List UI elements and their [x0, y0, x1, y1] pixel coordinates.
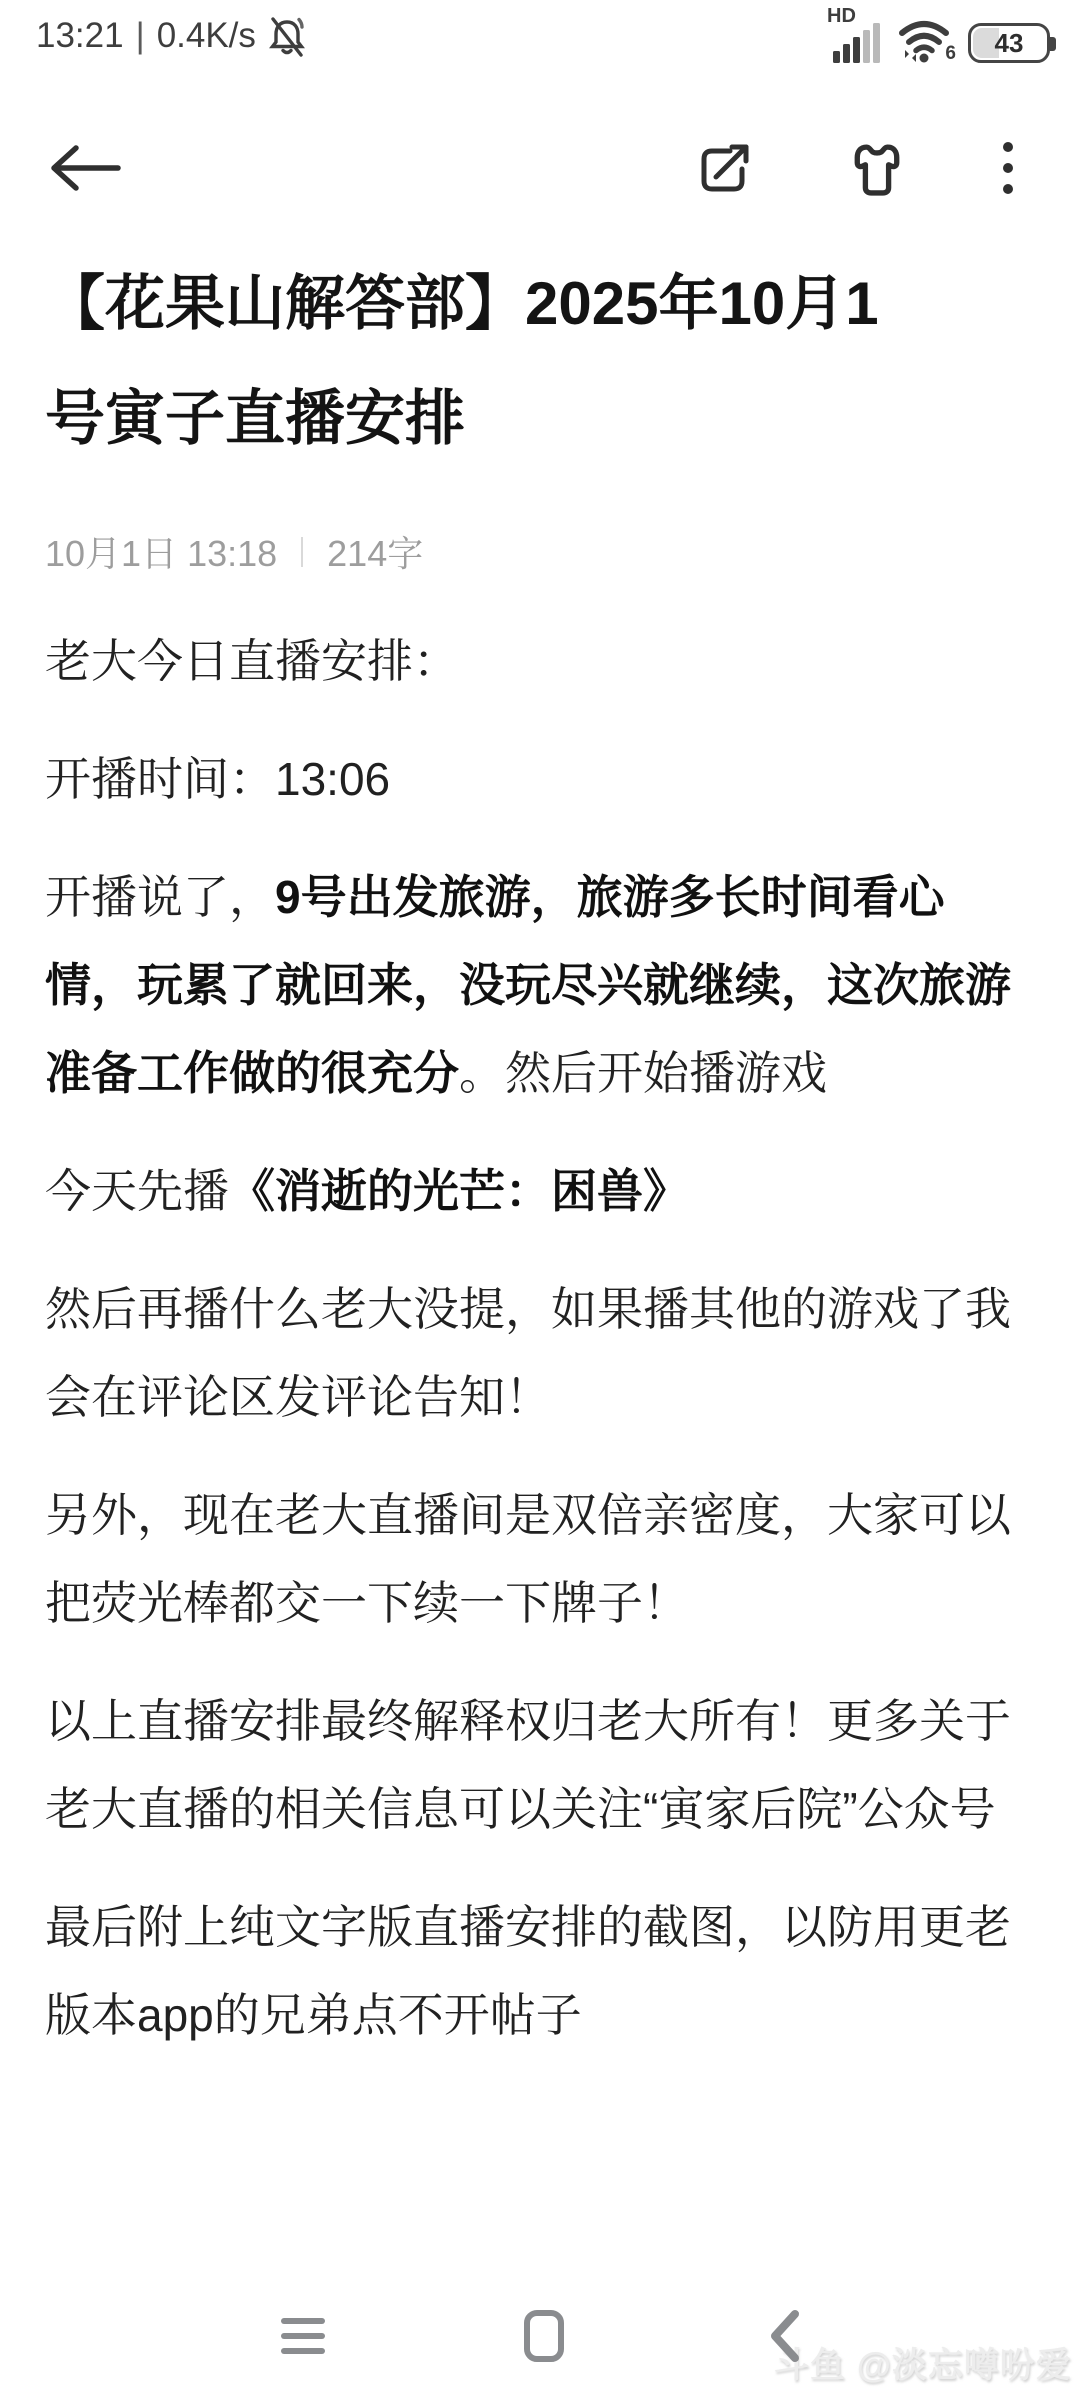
article-title: 【花果山解答部】2025年10月1号寅子直播安排 — [45, 246, 930, 476]
article: 【花果山解答部】2025年10月1号寅子直播安排 10月1日 13:18 214… — [45, 246, 1035, 2089]
clock: 13:21 — [36, 16, 124, 56]
paragraph-text: 今天先播 — [45, 1165, 229, 1217]
recents-menu-button[interactable] — [275, 2308, 331, 2364]
paragraph: 然后再播什么老大没提，如果播其他的游戏了我会在评论区发评论告知！ — [45, 1265, 1035, 1441]
hd-badge: HD — [827, 5, 856, 28]
android-nav-bar — [0, 2270, 1080, 2400]
mute-bell-icon — [266, 14, 308, 58]
paragraph-text: 以上直播安排最终解释权归老大所有！更多关于老大直播的相关信息可以关注“寅家后院”… — [45, 1695, 1011, 1835]
app-bar-actions — [696, 139, 1014, 197]
network-speed: 0.4K/s — [157, 16, 256, 56]
status-right: HD 6 43 — [833, 9, 1050, 63]
meta-divider — [301, 537, 303, 567]
battery-icon: 43 — [968, 23, 1050, 63]
more-menu-button[interactable] — [1002, 139, 1014, 197]
paragraph: 最后附上纯文字版直播安排的截图，以防用更老版本app的兄弟点不开帖子 — [45, 1883, 1035, 2059]
paragraph-text: 。然后开始播游戏 — [459, 1047, 827, 1099]
status-bar: 13:21 | 0.4K/s HD — [0, 0, 1080, 66]
paragraph-text: 开播时间：13:06 — [45, 753, 390, 805]
status-separator: | — [136, 16, 145, 56]
signal-strength-icon: HD — [833, 9, 880, 63]
paragraph: 以上直播安排最终解释权归老大所有！更多关于老大直播的相关信息可以关注“寅家后院”… — [45, 1677, 1035, 1853]
paragraph-text: 然后再播什么老大没提，如果播其他的游戏了我会在评论区发评论告知！ — [45, 1283, 1011, 1423]
status-left: 13:21 | 0.4K/s — [36, 14, 308, 58]
back-button[interactable] — [48, 142, 122, 194]
paragraph-text: 开播说了， — [45, 871, 275, 923]
paragraph-text: 老大今日直播安排： — [45, 635, 459, 687]
clothing-skin-button[interactable] — [848, 139, 906, 197]
wifi-icon: 6 — [896, 17, 952, 63]
screen: 13:21 | 0.4K/s HD — [0, 0, 1080, 2400]
back-chevron-icon — [767, 2308, 801, 2364]
article-word-count: 214字 — [327, 526, 423, 577]
paragraph-bold-text: 《消逝的光芒：困兽》 — [229, 1165, 689, 1217]
nav-back-button[interactable] — [756, 2308, 812, 2364]
app-bar — [0, 116, 1080, 220]
paragraph: 老大今日直播安排： — [45, 617, 1035, 705]
recents-menu-icon — [281, 2318, 325, 2354]
home-icon — [524, 2310, 564, 2362]
article-meta: 10月1日 13:18 214字 — [45, 526, 1035, 577]
paragraph: 另外，现在老大直播间是双倍亲密度，大家可以把荧光棒都交一下续一下牌子！ — [45, 1471, 1035, 1647]
battery-percent: 43 — [995, 28, 1024, 59]
paragraph-text: 另外，现在老大直播间是双倍亲密度，大家可以把荧光棒都交一下续一下牌子！ — [45, 1489, 1011, 1629]
wifi-network-number: 6 — [945, 43, 956, 65]
article-date: 10月1日 13:18 — [45, 526, 277, 577]
home-button[interactable] — [516, 2308, 572, 2364]
paragraph-text: 最后附上纯文字版直播安排的截图，以防用更老版本app的兄弟点不开帖子 — [45, 1901, 1011, 2041]
share-button[interactable] — [696, 139, 752, 197]
paragraph: 开播说了，9号出发旅游，旅游多长时间看心情，玩累了就回来，没玩尽兴就继续，这次旅… — [45, 853, 1035, 1117]
paragraph: 今天先播《消逝的光芒：困兽》 — [45, 1147, 1035, 1235]
paragraph: 开播时间：13:06 — [45, 735, 1035, 823]
article-body: 老大今日直播安排：开播时间：13:06开播说了，9号出发旅游，旅游多长时间看心情… — [45, 617, 1035, 2059]
